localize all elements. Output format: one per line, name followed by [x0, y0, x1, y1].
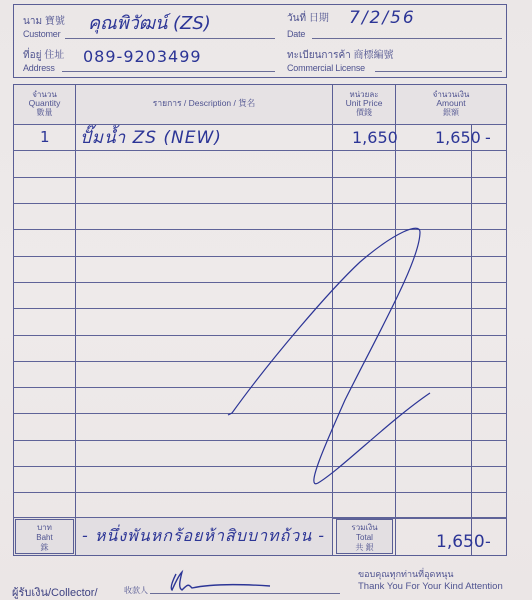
collector-label-zh: 收款人: [124, 585, 148, 596]
collector-signature-icon[interactable]: [160, 566, 280, 596]
baht-label-zh: 銖: [16, 543, 73, 553]
thanks-th: ขอบคุณทุกท่านที่อุดหนุน: [358, 567, 454, 581]
baht-label-th: บาท: [16, 523, 73, 533]
cancel-scribble-icon: [0, 0, 532, 600]
thanks-en: Thank You For Your Kind Attention: [358, 581, 503, 592]
receipt-paper: นาม 寶號 Customer คุณพิวัฒน์ (ZS) ที่อยู่ …: [0, 0, 532, 600]
total-satang[interactable]: -: [485, 532, 491, 551]
col-divider-baht: [75, 517, 76, 556]
total-label-box: รวมเงิน Total 共 銀: [336, 519, 393, 554]
baht-label-box: บาท Baht 銖: [15, 519, 74, 554]
amount-in-words[interactable]: - หนึ่งพันหกร้อยห้าสิบบาทถ้วน -: [82, 524, 325, 549]
baht-label-en: Baht: [16, 533, 73, 543]
total-label-zh: 共 銀: [337, 543, 392, 553]
total-value[interactable]: 1,650: [436, 532, 485, 552]
total-label-en: Total: [337, 533, 392, 543]
total-label-th: รวมเงิน: [337, 523, 392, 533]
collector-label: ผู้รับเงิน/Collector/: [12, 583, 98, 600]
